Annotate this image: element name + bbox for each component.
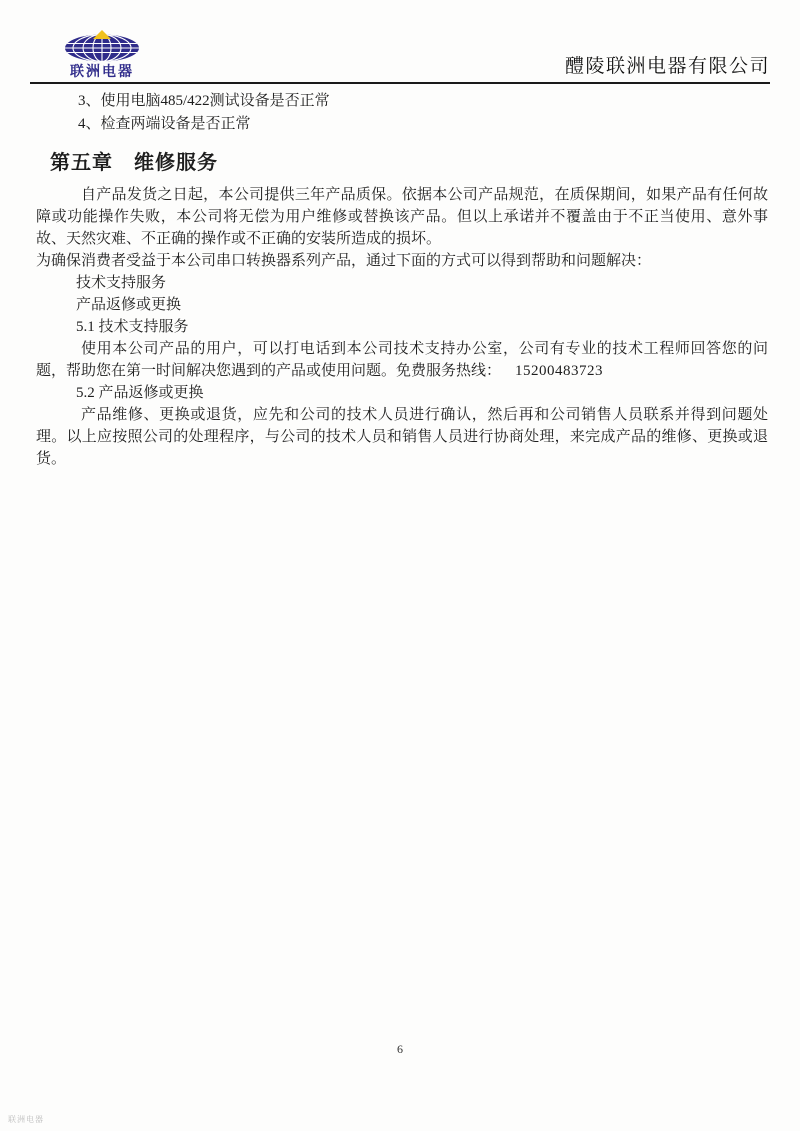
checklist: 3、使用电脑485/422测试设备是否正常 4、检查两端设备是否正常	[36, 90, 768, 136]
logo-text: 联洲电器	[70, 63, 134, 79]
section-5-1-text: 使用本公司产品的用户，可以打电话到本公司技术支持办公室，公司有专业的技术工程师回…	[36, 341, 768, 379]
checklist-item-3: 3、使用电脑485/422测试设备是否正常	[78, 90, 768, 113]
section-5-1-title: 5.1 技术支持服务	[36, 316, 768, 338]
warranty-paragraph: 自产品发货之日起，本公司提供三年产品质保。依据本公司产品规范，在质保期间，如果产…	[36, 184, 768, 250]
document-page: 联洲电器 醴陵联洲电器有限公司 3、使用电脑485/422测试设备是否正常 4、…	[0, 0, 800, 1131]
section-5-2-body: 产品维修、更换或退货，应先和公司的技术人员进行确认，然后再和公司销售人员联系并得…	[36, 404, 768, 470]
section-5-2-title: 5.2 产品返修或更换	[36, 382, 768, 404]
section-5-1-body: 使用本公司产品的用户，可以打电话到本公司技术支持办公室，公司有专业的技术工程师回…	[36, 338, 768, 382]
footer-watermark: 联洲电器	[8, 1114, 44, 1125]
company-name: 醴陵联洲电器有限公司	[565, 51, 770, 82]
chapter-title: 第五章 维修服务	[50, 152, 768, 174]
help-option-support: 技术支持服务	[36, 272, 768, 294]
service-hotline-number: 15200483723	[515, 363, 603, 379]
globe-logo-icon	[64, 29, 140, 63]
help-option-return: 产品返修或更换	[36, 294, 768, 316]
page-number: 6	[0, 1042, 800, 1057]
page-header: 联洲电器 醴陵联洲电器有限公司	[30, 0, 770, 84]
company-logo: 联洲电器	[60, 29, 144, 82]
document-content: 3、使用电脑485/422测试设备是否正常 4、检查两端设备是否正常 第五章 维…	[36, 90, 768, 470]
checklist-item-4: 4、检查两端设备是否正常	[78, 113, 768, 136]
help-intro-paragraph: 为确保消费者受益于本公司串口转换器系列产品，通过下面的方式可以得到帮助和问题解决…	[36, 250, 768, 272]
